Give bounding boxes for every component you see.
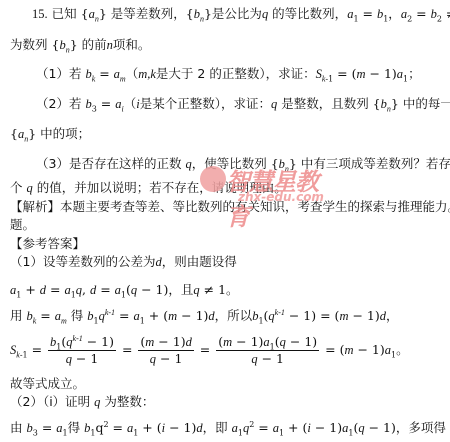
answer-step2: （2）（ⅰ）证明 q 为整数： [10, 394, 154, 410]
analysis-line2: 题。 [10, 217, 35, 233]
problem-stem-line1: 15. 已知 {an} 是等差数列，{bn}是公比为q 的等比数列，a1 = b… [32, 6, 450, 22]
fraction: b1(qk-1 − 1)q − 1 [48, 334, 116, 367]
answer-eq2: 用 bk = am 得 b1qk-1 = a1 + (m − 1)d，所以b1(… [10, 308, 399, 324]
analysis-line1: 【解析】本题主要考查等差、等比数列的有关知识，考查学生的探索与推理能力。本题属难 [10, 199, 450, 215]
answer-eq1: a1 + d = a1q, d = a1(q − 1)，且q ≠ 1。 [10, 282, 239, 298]
problem-stem-line2: 为数列 {bn} 的前n项和。 [10, 37, 150, 53]
answer-eq4: 由 b3 = a1得 b1q2 = a1 + (i − 1)d，即 a1q2 =… [10, 420, 446, 436]
problem-part2-line1: （2）若 b3 = ai（i是某个正整数），求证：q 是整数，且数列 {bn} … [36, 96, 450, 112]
answer-step1: （1）设等差数列的公差为d，则由题设得 [10, 254, 237, 270]
problem-part1: （1）若 bk = am（m,k是大于 2 的正整数），求证：Sk-1 = (m… [36, 66, 421, 82]
fraction: (m − 1)a1(q − 1)q − 1 [216, 334, 319, 367]
watermark-brand: 智慧星教育 [226, 162, 338, 232]
problem-number: 15. [32, 7, 48, 21]
problem-part3-line1: （3）是否存在这样的正数 q，使等比数列 {bn} 中有三项成等差数列？若存在，… [36, 156, 450, 172]
problem-part3-line2: 个 q 的值，并加以说明；若不存在，请说明理由。 [10, 180, 287, 196]
answer-heading: 【参考答案】 [10, 236, 85, 252]
analysis-heading: 【解析】 [10, 199, 60, 214]
fraction: (m − 1)dq − 1 [138, 334, 193, 367]
answer-conclusion: 故等式成立。 [10, 376, 85, 392]
answer-eq3: Sk-1 = b1(qk-1 − 1)q − 1 = (m − 1)dq − 1… [10, 333, 409, 367]
problem-part2-line2: {an} 中的项； [10, 126, 90, 142]
